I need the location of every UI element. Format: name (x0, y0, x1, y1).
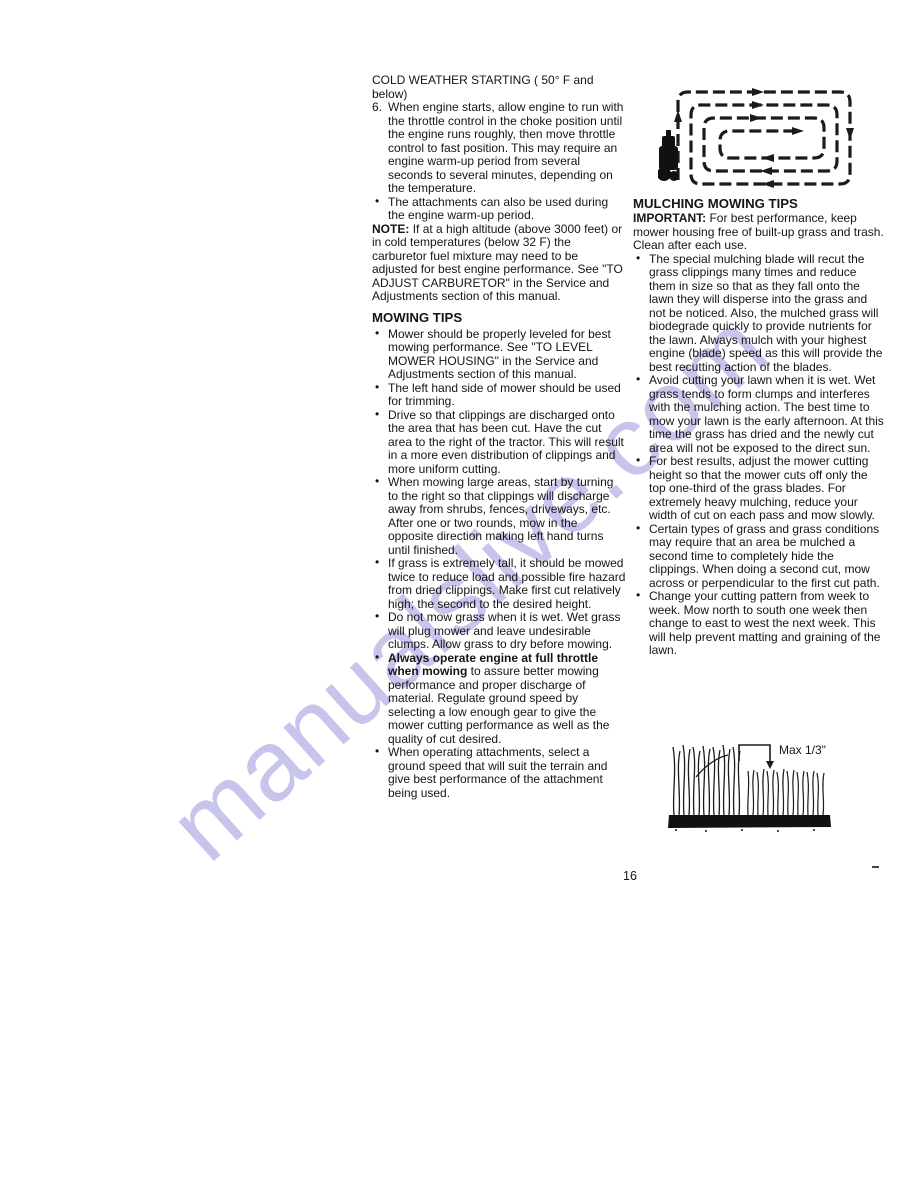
step-text: When engine starts, allow engine to run … (388, 100, 623, 195)
max-cut-bracket (739, 745, 774, 769)
note-label: NOTE: (372, 222, 409, 236)
stray-mark (872, 866, 879, 868)
direction-arrows (674, 88, 854, 188)
bullet-text: The left hand side of mower should be us… (388, 381, 621, 409)
bullet-text: When mowing large areas, start by turnin… (388, 475, 613, 557)
bullet-text: Mower should be properly leveled for bes… (388, 327, 611, 382)
cut-grass (748, 769, 824, 815)
soil-speckles (675, 829, 815, 832)
list-item: Do not mow grass when it is wet. Wet gra… (372, 611, 626, 652)
step-item: 6. When engine starts, allow engine to r… (372, 101, 626, 196)
bullet-text: The attachments can also be used during … (388, 195, 608, 223)
list-item: Drive so that clippings are discharged o… (372, 409, 626, 477)
mowing-tips-heading: MOWING TIPS (372, 310, 626, 325)
list-item: Mower should be properly leveled for bes… (372, 328, 626, 382)
right-column: MULCHING MOWING TIPS IMPORTANT: For best… (633, 196, 885, 658)
grass-illustration: Max 1/3" (666, 737, 836, 835)
left-column: COLD WEATHER STARTING ( 50° F and below)… (372, 74, 626, 800)
bullet-text: For best results, adjust the mower cutti… (649, 454, 875, 522)
bullet-text: If grass is extremely tall, it should be… (388, 556, 625, 611)
list-item: When mowing large areas, start by turnin… (372, 476, 626, 557)
list-item: Avoid cutting your lawn when it is wet. … (633, 374, 885, 455)
mowing-pattern-figure (658, 82, 860, 201)
list-item: The special mulching blade will recut th… (633, 253, 885, 375)
page-number: 16 (608, 869, 652, 883)
bullet-text: Do not mow grass when it is wet. Wet gra… (388, 610, 621, 651)
list-item: Always operate engine at full throttle w… (372, 652, 626, 747)
list-item: For best results, adjust the mower cutti… (633, 455, 885, 523)
pre-note-list: The attachments can also be used during … (372, 196, 626, 223)
list-item: Certain types of grass and grass conditi… (633, 523, 885, 591)
bullet-text: Avoid cutting your lawn when it is wet. … (649, 373, 884, 455)
important-paragraph: IMPORTANT: For best performance, keep mo… (633, 212, 885, 253)
tall-grass (673, 745, 740, 815)
note-text: If at a high altitude (above 3000 feet) … (372, 222, 623, 304)
mulching-heading: MULCHING MOWING TIPS (633, 196, 885, 211)
mowing-tips-list: Mower should be properly leveled for bes… (372, 328, 626, 801)
important-label: IMPORTANT: (633, 211, 706, 225)
bullet-text: When operating attachments, select a gro… (388, 745, 607, 800)
step-number: 6. (372, 101, 382, 115)
soil-base (668, 815, 831, 828)
bullet-text: Change your cutting pattern from week to… (649, 589, 880, 657)
list-item: When operating attachments, select a gro… (372, 746, 626, 800)
list-item: Change your cutting pattern from week to… (633, 590, 885, 658)
bullet-text: Drive so that clippings are discharged o… (388, 408, 624, 476)
grass-height-figure: Max 1/3" (666, 737, 836, 840)
list-item: If grass is extremely tall, it should be… (372, 557, 626, 611)
list-item: The left hand side of mower should be us… (372, 382, 626, 409)
bullet-text: Certain types of grass and grass conditi… (649, 522, 880, 590)
mulching-tips-list: The special mulching blade will recut th… (633, 253, 885, 658)
cold-weather-heading: COLD WEATHER STARTING ( 50° F and below) (372, 74, 626, 101)
max-cut-label: Max 1/3" (779, 743, 826, 757)
note-paragraph: NOTE: If at a high altitude (above 3000 … (372, 223, 626, 304)
tractor-icon (658, 130, 679, 181)
bullet-text: The special mulching blade will recut th… (649, 252, 882, 374)
list-item: The attachments can also be used during … (372, 196, 626, 223)
mowing-pattern-diagram (658, 82, 860, 196)
